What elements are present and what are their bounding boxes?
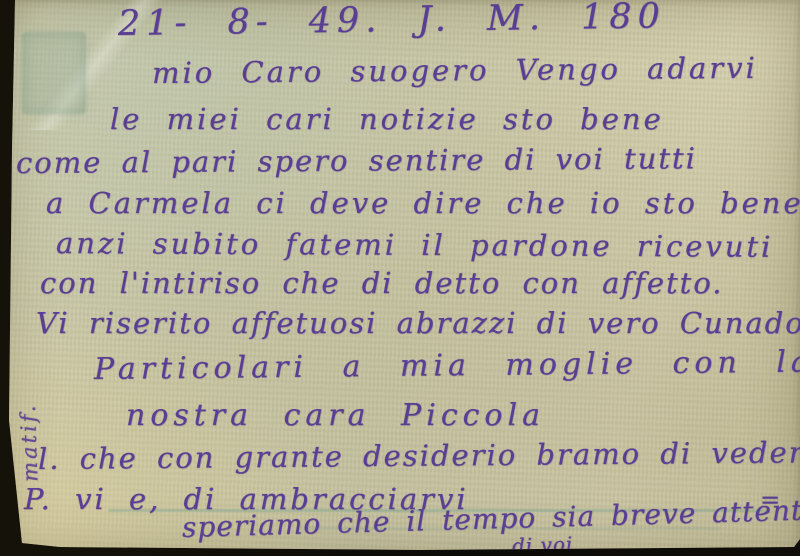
handwriting-line: Particolari a mia moglie con la xyxy=(94,344,800,387)
margin-note: matif. xyxy=(14,342,43,483)
hyphen-mark: = xyxy=(760,486,780,514)
handwriting-line: l. che con grante desiderio bramo di ved… xyxy=(38,435,800,476)
handwriting-line: a Carmela ci deve dire che io sto bene: xyxy=(46,186,800,220)
watermark-stamp xyxy=(22,32,86,114)
handwriting-line: come al pari spero sentire di voi tutti xyxy=(16,141,697,180)
scan-background: 21- 8- 49. J. M. 180 mio Caro suogero Ve… xyxy=(0,0,800,556)
handwriting-line: mio Caro suogero Vengo adarvi xyxy=(152,51,758,90)
handwriting-line: anzi subito fatemi il pardone ricevuti xyxy=(56,226,774,264)
handwriting-line: Vi riserito affetuosi abrazzi di vero Cu… xyxy=(36,306,800,340)
handwriting-footnote: di voi xyxy=(512,532,574,556)
date-line: 21- 8- 49. J. M. 180 xyxy=(118,0,666,44)
postcard-paper: 21- 8- 49. J. M. 180 mio Caro suogero Ve… xyxy=(0,0,800,556)
handwriting-line: con l'intiriso che di detto con affetto. xyxy=(40,266,723,300)
handwriting-line: nostra cara Piccola xyxy=(126,398,545,433)
handwriting-line: le miei cari notizie sto bene xyxy=(110,102,664,136)
